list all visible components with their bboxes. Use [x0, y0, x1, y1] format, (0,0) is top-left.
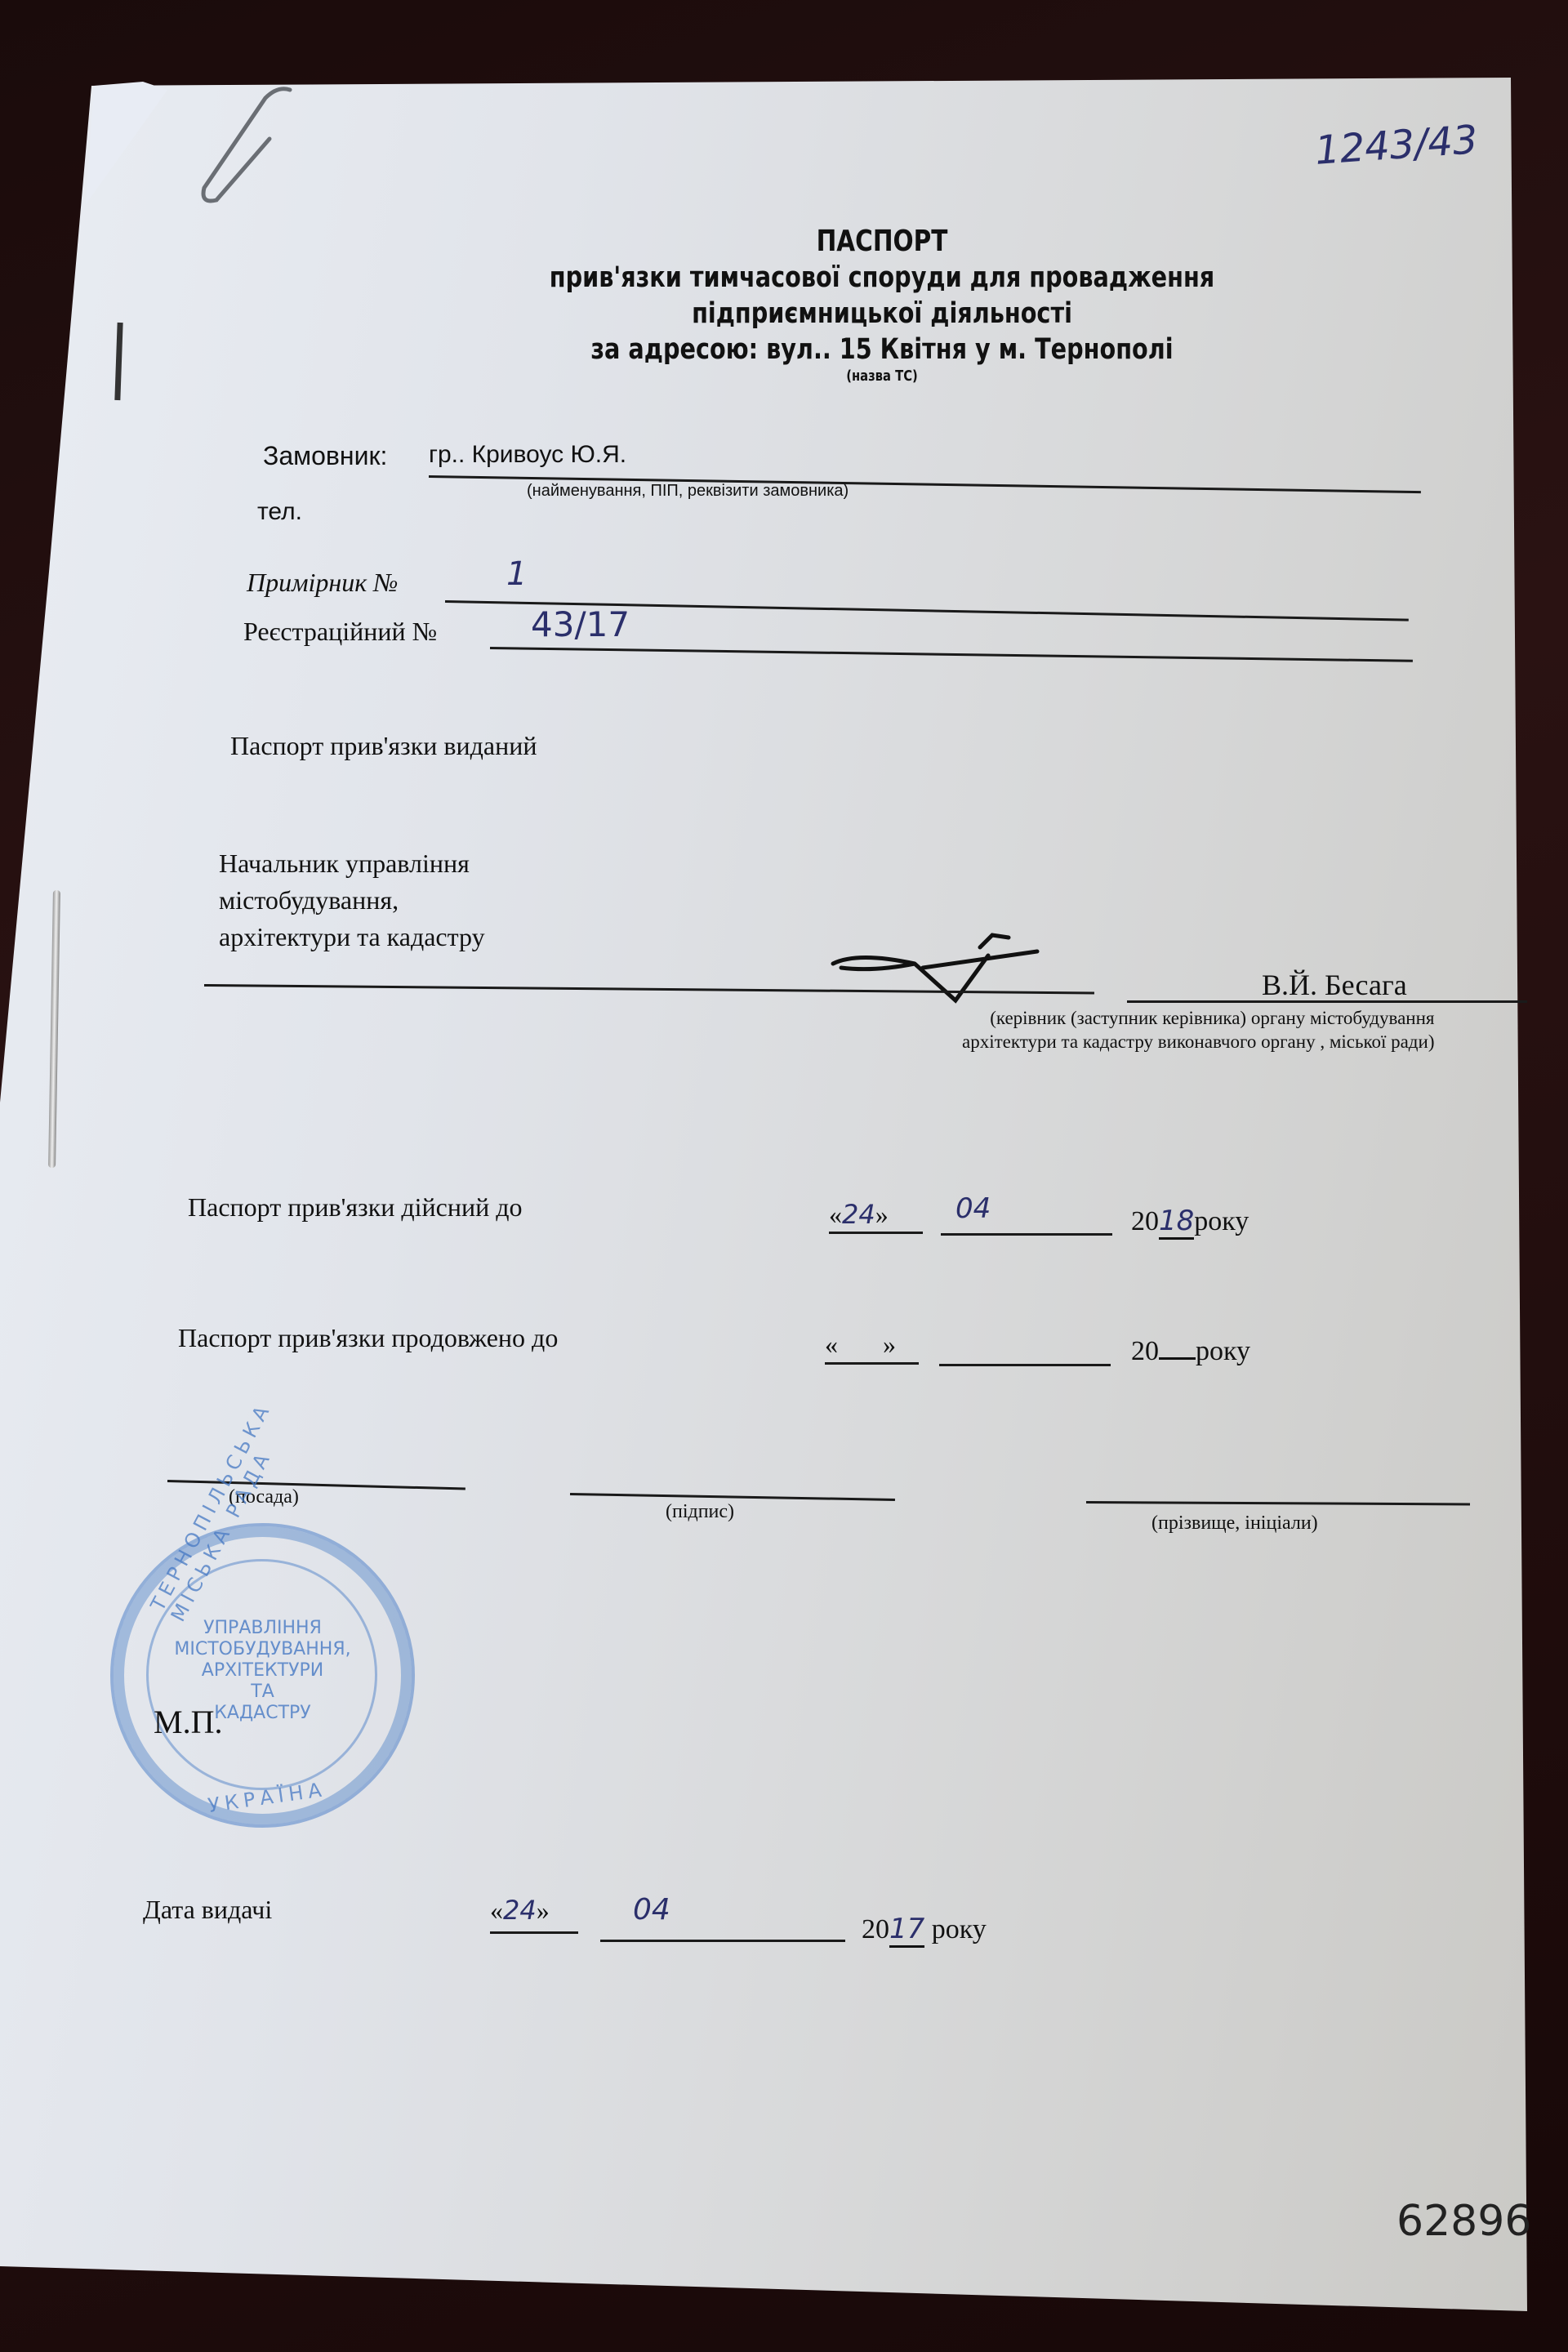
address-caption: (назва ТС) — [480, 367, 1284, 385]
inventory-number: 62896 — [1396, 2197, 1531, 2246]
extended-until-day-underline — [825, 1362, 919, 1365]
official-name-underline — [1127, 1000, 1527, 1003]
copy-number-value: 1 — [506, 555, 527, 593]
customer-caption: (найменування, ПІП, реквізити замовника) — [527, 482, 849, 501]
extended-until-year: 20року — [1131, 1334, 1250, 1367]
year-prefix: 20 — [862, 1914, 889, 1944]
year-word: року — [1194, 1206, 1249, 1236]
extended-until-day: «» — [825, 1330, 896, 1360]
valid-until-day: «24» — [829, 1199, 889, 1230]
phone-label: тел. — [257, 498, 302, 526]
official-title-line-1: Начальник управління — [219, 845, 485, 882]
official-caption-line-1: (керівник (заступник керівника) органу м… — [962, 1006, 1434, 1030]
valid-until-year: 2018року — [1131, 1205, 1249, 1237]
issue-date-day-value: 24 — [503, 1895, 537, 1926]
issued-label: Паспорт прив'язки виданий — [230, 731, 537, 761]
year-suffix — [1159, 1334, 1196, 1360]
customer-label: Замовник: — [263, 441, 387, 471]
issue-date-day: «24» — [490, 1895, 550, 1926]
official-stamp: ТЕРНОПІЛЬСЬКА МІСЬКА РАДА УКРАЇНА УПРАВЛ… — [110, 1523, 415, 1828]
extended-until-month-underline — [939, 1364, 1111, 1366]
stamp-line: АРХІТЕКТУРИ — [114, 1660, 412, 1682]
stamp-line: МІСТОБУДУВАННЯ, — [114, 1639, 412, 1660]
extended-until-label: Паспорт прив'язки продовжено до — [178, 1323, 558, 1353]
year-suffix: 17 — [889, 1913, 924, 1948]
paperclip-icon — [188, 82, 302, 212]
stamp-mp-label: М.П. — [154, 1703, 222, 1741]
registration-number-value: 43/17 — [531, 604, 630, 644]
customer-value: гр.. Кривоус Ю.Я. — [429, 441, 626, 469]
issue-date-month-underline — [600, 1940, 845, 1942]
official-title-line-2: містобудування, — [219, 882, 485, 919]
document-title: ПАСПОРТ — [480, 225, 1284, 258]
document-address: за адресою: вул.. 15 Квітня у м. Тернопо… — [480, 333, 1284, 366]
name-caption: (прізвище, ініціали) — [1151, 1512, 1318, 1535]
official-signature — [825, 931, 1045, 1013]
issue-date-day-underline — [490, 1931, 578, 1934]
valid-until-month: 04 — [955, 1192, 991, 1225]
official-caption: (керівник (заступник керівника) органу м… — [962, 1006, 1434, 1053]
stamp-line: УПРАВЛІННЯ — [114, 1618, 412, 1639]
issue-date-label: Дата видачі — [143, 1895, 272, 1925]
registration-number-label: Реєстраційний № — [243, 617, 437, 647]
issue-date-year: 2017 року — [862, 1913, 987, 1945]
official-title-line-3: архітектури та кадастру — [219, 919, 485, 955]
year-prefix: 20 — [1131, 1206, 1159, 1236]
year-word: року — [1196, 1336, 1250, 1366]
official-title: Начальник управління містобудування, арх… — [219, 845, 485, 955]
official-name: В.Й. Бесага — [1262, 968, 1407, 1002]
copy-number-label: Примірник № — [247, 568, 398, 598]
title-block: ПАСПОРТ прив'язки тимчасової споруди для… — [392, 225, 1372, 385]
stamp-line: ТА — [114, 1682, 412, 1703]
document-subtitle-1: прив'язки тимчасової споруди для провадж… — [480, 261, 1284, 294]
valid-until-month-underline — [941, 1233, 1112, 1236]
valid-until-day-underline — [829, 1232, 923, 1234]
official-caption-line-2: архітектури та кадастру виконавчого орга… — [962, 1030, 1434, 1053]
year-word: року — [932, 1914, 987, 1944]
valid-until-day-value: 24 — [842, 1199, 875, 1230]
year-suffix: 18 — [1159, 1205, 1194, 1240]
document-subtitle-2: підприємницької діяльності — [480, 297, 1284, 330]
valid-until-label: Паспорт прив'язки дійсний до — [188, 1192, 523, 1223]
issue-date-month: 04 — [633, 1893, 670, 1927]
year-prefix: 20 — [1131, 1336, 1159, 1366]
signature-caption: (підпис) — [666, 1501, 734, 1523]
